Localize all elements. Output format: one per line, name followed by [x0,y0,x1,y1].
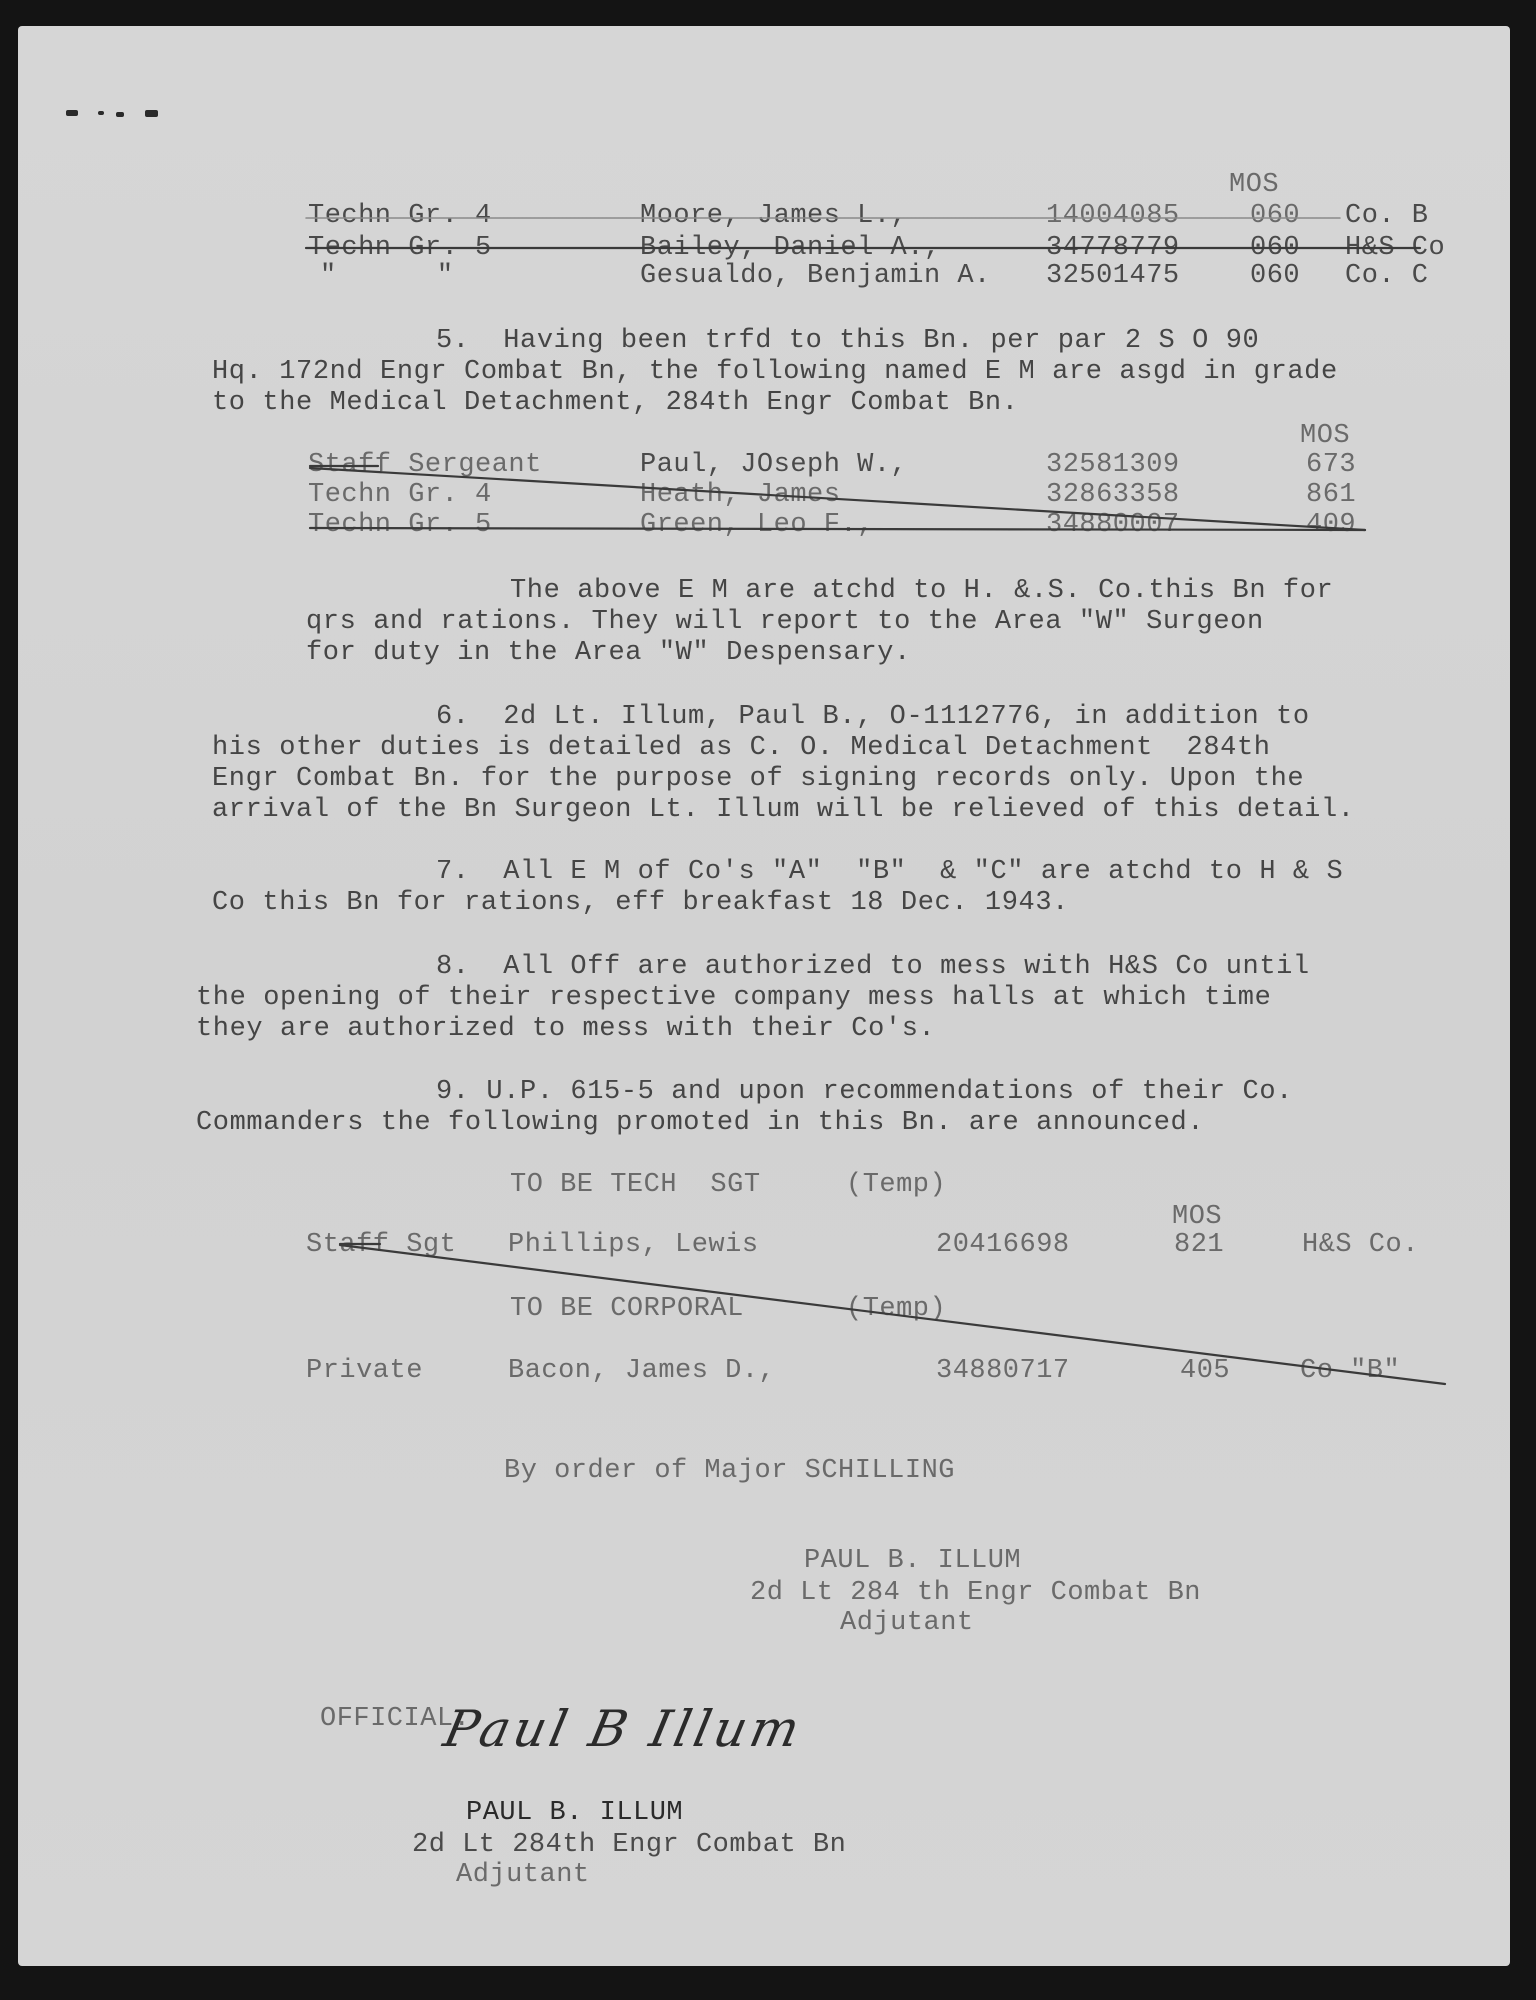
mos-code: 060 [1250,263,1300,290]
name: Phillips, Lewis [508,1232,759,1259]
serial-number: 32863358 [1046,482,1180,509]
mos-header: MOS [1172,1204,1222,1231]
paragraph-line: his other duties is detailed as C. O. Me… [212,733,1271,765]
temp-label: (Temp) [846,1296,946,1323]
paragraph-line: they are authorized to mess with their C… [196,1014,935,1046]
serial-number: 34880717 [936,1358,1070,1385]
signer-role: Adjutant [840,1610,974,1637]
paragraph-line: Hq. 172nd Engr Combat Bn, the following … [212,357,1338,389]
name: Paul, JOseph W., [640,452,907,479]
official-role: Adjutant [456,1862,590,1889]
signer-name: PAUL B. ILLUM [804,1548,1021,1575]
unit: Co. C [1345,263,1429,290]
serial-number: 20416698 [936,1232,1070,1259]
serial-number: 34778779 [1046,235,1180,262]
name: Bacon, James D., [508,1358,775,1385]
mos-header: MOS [1300,423,1350,450]
paragraph-line: 6. 2d Lt. Illum, Paul B., O-1112776, in … [436,702,1310,734]
unit: Co "B" [1300,1358,1400,1385]
handwritten-signature: Paul B Illum [439,1700,809,1758]
paragraph-line: 9. U.P. 615-5 and upon recommendations o… [436,1077,1293,1109]
name: Gesualdo, Benjamin A. [640,263,991,290]
paragraph-line: to the Medical Detachment, 284th Engr Co… [212,388,1019,420]
mos-code: 060 [1250,235,1300,262]
mos-code: 060 [1250,203,1300,230]
grade: Techn Gr. 5 [308,235,492,262]
scan-mark [66,110,78,116]
signer-title: 2d Lt 284 th Engr Combat Bn [750,1580,1201,1607]
official-name: PAUL B. ILLUM [466,1800,683,1827]
paragraph-line: for duty in the Area "W" Despensary. [306,638,911,670]
paragraph-line: 5. Having been trfd to this Bn. per par … [436,326,1259,358]
grade: Techn Gr. 4 [308,203,492,230]
grade: Techn Gr. 5 [308,512,492,539]
serial-number: 34880007 [1046,512,1180,539]
grade: Techn Gr. 4 [308,482,492,509]
paragraph-line: Commanders the following promoted in thi… [196,1108,1204,1140]
paragraph-line: qrs and rations. They will report to the… [306,607,1264,639]
grade: Staff Sgt [306,1232,456,1259]
paragraph-line: 7. All E M of Co's "A" "B" & "C" are atc… [436,857,1343,889]
serial-number: 14004085 [1046,203,1180,230]
paragraph-line: 8. All Off are authorized to mess with H… [436,952,1310,984]
authority-line: By order of Major SCHILLING [504,1458,955,1485]
mos-code: 861 [1306,482,1356,509]
mos-code: 821 [1174,1232,1224,1259]
paragraph-line: Engr Combat Bn. for the purpose of signi… [212,764,1304,796]
name: Moore, James L., [640,203,907,230]
serial-number: 32501475 [1046,263,1180,290]
grade: Private [306,1358,423,1385]
promotion-heading: TO BE CORPORAL [510,1296,744,1323]
scan-mark [98,111,104,115]
paragraph-line: The above E M are atchd to H. &.S. Co.th… [510,576,1333,608]
unit: H&S Co [1345,235,1445,262]
scan-mark [116,112,124,117]
mos-code: 405 [1180,1358,1230,1385]
temp-label: (Temp) [846,1172,946,1199]
promotion-heading: TO BE TECH SGT [510,1172,761,1199]
paragraph-line: Co this Bn for rations, eff breakfast 18… [212,888,1069,920]
official-title: 2d Lt 284th Engr Combat Bn [412,1832,846,1859]
paragraph-line: arrival of the Bn Surgeon Lt. Illum will… [212,795,1355,827]
name: Heath, James [640,482,840,509]
scan-mark [145,110,158,117]
name: Bailey, Daniel A., [640,235,941,262]
unit: H&S Co. [1302,1232,1419,1259]
grade: " " [320,263,454,290]
mos-code: 409 [1306,512,1356,539]
name: Green, Leo F., [640,512,874,539]
paragraph-line: the opening of their respective company … [196,983,1271,1015]
unit: Co. B [1345,203,1429,230]
grade: Staff Sergeant [308,452,542,479]
mos-header: MOS [1229,172,1279,199]
serial-number: 32581309 [1046,452,1180,479]
mos-code: 673 [1306,452,1356,479]
